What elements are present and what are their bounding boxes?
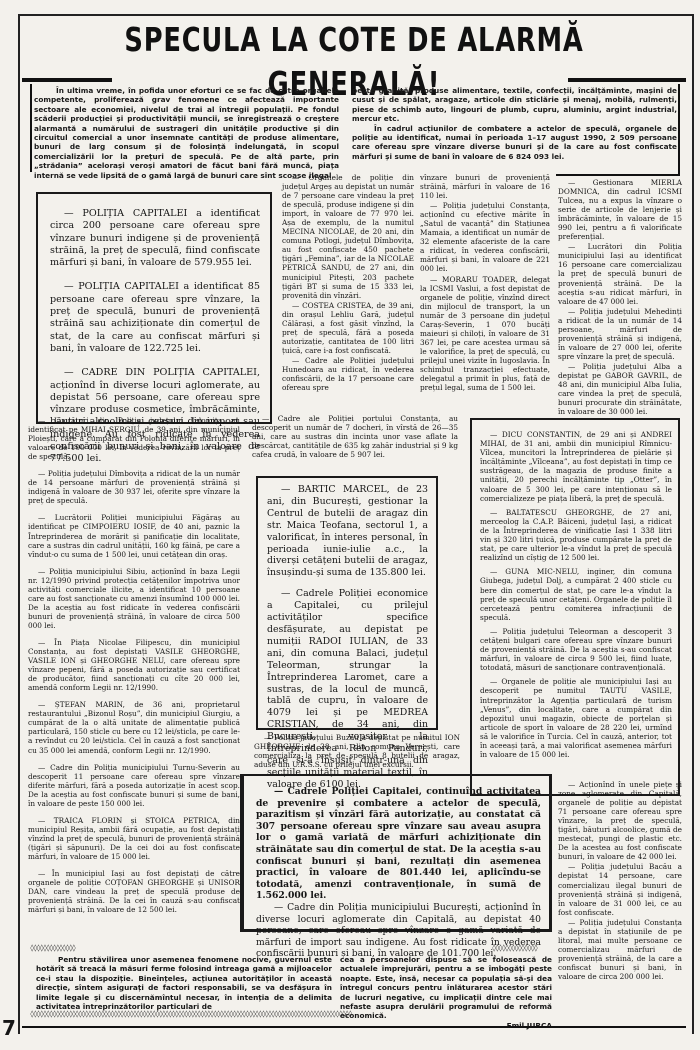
- column-tulcea: — Gestionara MIERLA DOMNICA, din cadrul …: [558, 178, 682, 417]
- news-item: — Lucrători din Poliția județului Ialomi…: [28, 416, 240, 461]
- column-right-bottom: — Acționînd în unele piețe și zone aglom…: [558, 780, 682, 982]
- news-item: — Poliția județului Alba a depistat pe G…: [558, 362, 682, 416]
- news-item: — Lucrători din Poliția municipiului Iaș…: [558, 242, 682, 305]
- news-item: — ȘTEFAN MARIN, de 36 ani, proprietarul …: [28, 700, 240, 754]
- dicu-box-text: — DICU CONSTANTIN, de 29 ani și ANDREI M…: [480, 430, 672, 759]
- column-arges: — Organele de poliție din județul Argeș …: [282, 173, 414, 393]
- news-item: — Lucrătorii Poliției municipiului Făgăr…: [28, 513, 240, 558]
- news-item: — Cadre ale Poliției portului Constanța,…: [252, 414, 458, 459]
- news-item: — Gestionara MIERLA DOMNICA, din cadrul …: [558, 178, 682, 241]
- news-item: — Poliția județului Constanța a depistat…: [558, 918, 682, 981]
- decorative-border-short-right: ◊◊◊◊◊◊◊◊◊◊◊◊◊◊: [492, 944, 552, 952]
- bartic-box: — BARTIC MARCEL, de 23 ani, din Bucureșt…: [256, 476, 438, 730]
- intro-side-rule-left: [30, 84, 32, 172]
- intro-right-column: peste graniță: produse alimentare, texti…: [352, 86, 677, 161]
- news-item: — Organele de poliție ale municipiului I…: [480, 677, 672, 759]
- intro-left-text: În ultima vreme, în pofida unor eforturi…: [34, 86, 339, 180]
- footer-left-text: Pentru stăvilirea unor asemenea fenomene…: [36, 955, 332, 1011]
- newspaper-page: SPECULA LA COTE DE ALARMĂ GENERALĂ! În u…: [0, 0, 700, 1050]
- port-constanta-item: — Cadre ale Poliției portului Constanța,…: [252, 414, 458, 460]
- intro-right-p2: În cadrul acțiunilor de combatere a acte…: [352, 124, 677, 162]
- decorative-border-long: ◊◊◊◊◊◊◊◊◊◊◊◊◊◊◊◊◊◊◊◊◊◊◊◊◊◊◊◊◊◊◊◊◊◊◊◊◊◊◊◊…: [30, 1010, 550, 1018]
- intro-top-rule-left: [22, 78, 112, 82]
- intro-right-p1: peste graniță: produse alimentare, texti…: [352, 86, 677, 124]
- dicu-box: — DICU CONSTANTIN, de 29 ani și ANDREI M…: [470, 418, 680, 796]
- column-constanta: vînzare bunuri de proveniență străină, m…: [420, 173, 550, 393]
- footer-left: Pentru stăvilirea unor asemenea fenomene…: [36, 955, 332, 1011]
- news-item: — BALTATESCU GHEORGHE, de 27 ani, merceo…: [480, 508, 672, 563]
- rule: [556, 174, 680, 176]
- news-item: — Poliția județului Dîmbovița a ridicat …: [28, 469, 240, 505]
- news-item: — Cadre din Poliția municipiului Turnu-S…: [28, 763, 240, 808]
- news-item: — Cadre ale Poliției județului Hunedoara…: [282, 356, 414, 392]
- news-item: — Organele de poliție din județul Argeș …: [282, 173, 414, 300]
- intro-top-rule-right: [568, 78, 686, 82]
- news-item: — Poliția municipiului Sibiu, acționînd …: [28, 567, 240, 630]
- news-item: — Acționînd în unele piețe și zone aglom…: [558, 780, 682, 861]
- decorative-border-short: ◊◊◊◊◊◊◊◊◊◊◊◊◊◊: [30, 944, 100, 952]
- capital-item: — POLIȚIA CAPITALEI a identificat 85 per…: [50, 281, 260, 355]
- intro-side-rule-right: [678, 84, 680, 174]
- news-item: — MORARU TOADER, delegat la ICSMI Vaslui…: [420, 275, 550, 393]
- news-item: — COSTEA CRISTEA, de 39 ani, din orașul …: [282, 301, 414, 355]
- news-item: — Poliția județului Teleorman a descoper…: [480, 627, 672, 672]
- news-item: — Poliția județului Bacău a depistat 14 …: [558, 862, 682, 916]
- news-item: — GUNA MIC-NELU, inginer, din comuna Giu…: [480, 567, 672, 622]
- news-item: — În Piața Nicolae Filipescu, din munici…: [28, 638, 240, 692]
- news-item: — Poliția județului Buzău a depistat pe …: [254, 733, 460, 769]
- news-item: — DICU CONSTANTIN, de 29 ani și ANDREI M…: [480, 430, 672, 503]
- capital-item: — POLIȚIA CAPITALEI a identificat circa …: [50, 208, 260, 269]
- news-item: — TRAICA FLORIN și STOICA PETRICA, din m…: [28, 816, 240, 861]
- bartic-item: — BARTIC MARCEL, de 23 ani, din Bucureșt…: [267, 484, 428, 579]
- page-number: 7: [2, 1016, 16, 1040]
- capital-police-box: — POLIȚIA CAPITALEI a identificat circa …: [36, 192, 272, 424]
- capital-summary-box: — Cadrele Poliției Capitalei, continuînd…: [240, 774, 552, 932]
- news-item: vînzare bunuri de proveniență străină, m…: [420, 173, 550, 200]
- buzau-item: — Poliția județului Buzău a depistat pe …: [254, 733, 460, 770]
- bottom-rule: [22, 1026, 686, 1028]
- column-left: — Lucrători din Poliția județului Ialomi…: [28, 416, 240, 922]
- news-item: — Poliția județului Mehedinți a ridicat …: [558, 307, 682, 361]
- footer-right: cea a persoanelor dispuse să se foloseas…: [340, 955, 552, 1030]
- news-item: — Poliția județului Constanța, acționînd…: [420, 201, 550, 273]
- news-item: — În municipiul Iași au fost depistați d…: [28, 869, 240, 914]
- intro-left-column: În ultima vreme, în pofida unor eforturi…: [34, 86, 339, 180]
- summary-item: — Cadrele Poliției Capitalei, continuînd…: [256, 786, 541, 902]
